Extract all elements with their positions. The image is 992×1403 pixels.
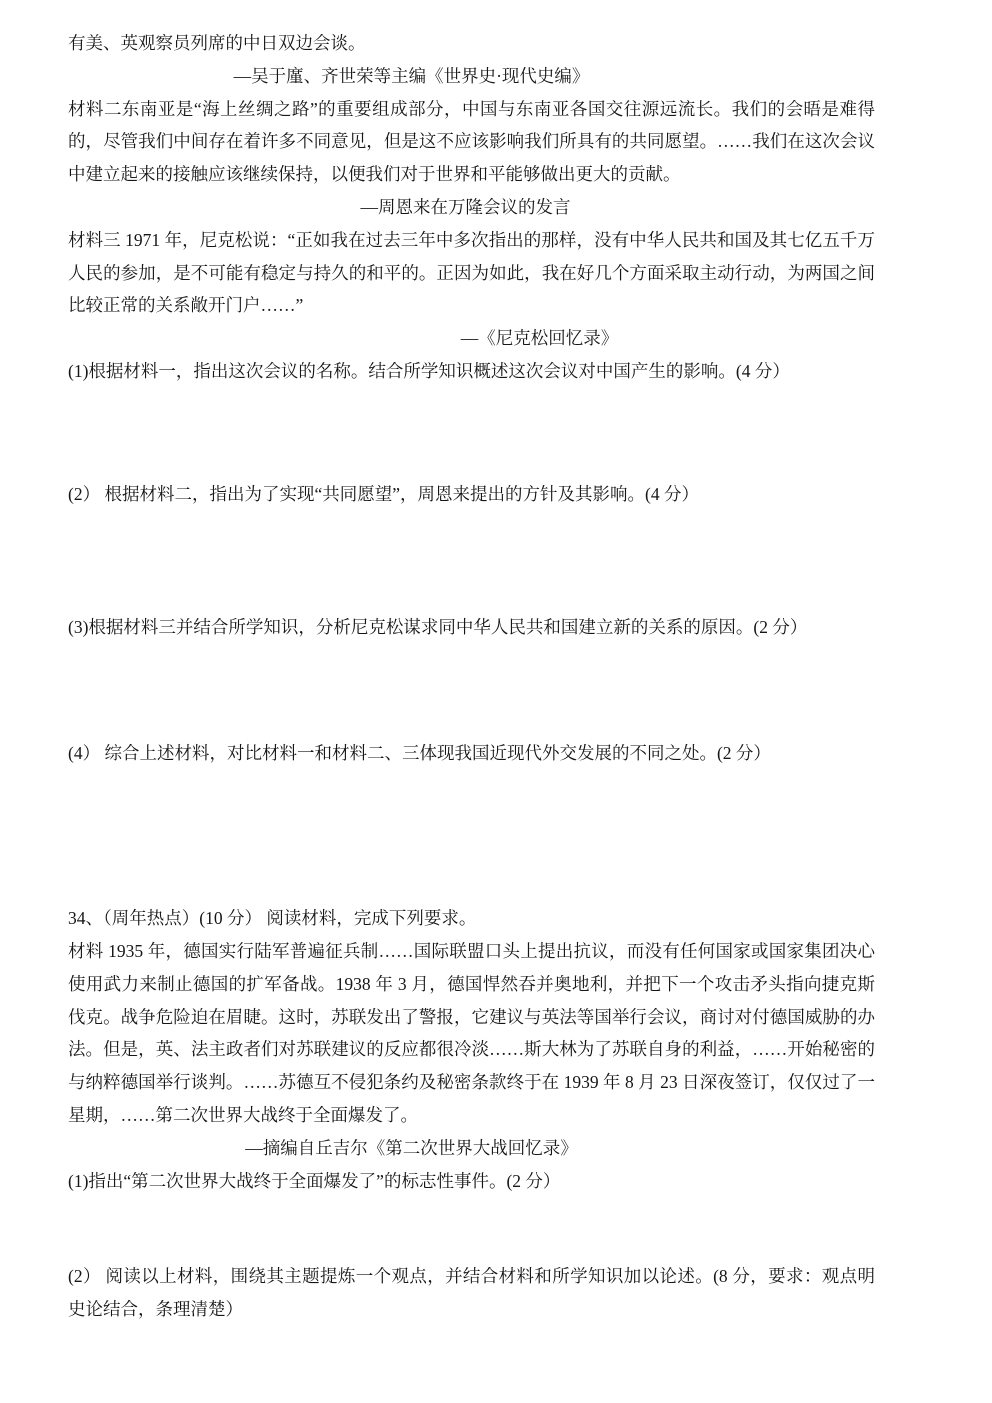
question-line: (2） 根据材料二，指出为了实现“共同愿望”，周恩来提出的方针及其影响。(4 分… bbox=[68, 478, 875, 511]
question-line: (2） 阅读以上材料，围绕其主题提炼一个观点，并结合材料和所学知识加以论述。(8… bbox=[68, 1260, 875, 1293]
answer-space bbox=[68, 511, 875, 611]
body-text-line: 使用武力来制止德国的扩军备战。1938 年 3 月，德国悍然吞并奥地利，并把下一… bbox=[68, 968, 875, 1001]
source-attribution: —吴于廑、齐世荣等主编《世界史·现代史编》 bbox=[8, 60, 815, 93]
source-attribution: —《尼克松回忆录》 bbox=[136, 322, 943, 355]
section-heading: 34、（周年热点）(10 分） 阅读材料，完成下列要求。 bbox=[68, 902, 875, 935]
question-line: (1)指出“第二次世界大战终于全面爆发了”的标志性事件。(2 分） bbox=[68, 1165, 875, 1198]
source-attribution: —摘编自丘吉尔《第二次世界大战回忆录》 bbox=[8, 1132, 815, 1165]
document-page: 有美、英观察员列席的中日双边会谈。 —吴于廑、齐世荣等主编《世界史·现代史编》 … bbox=[68, 27, 875, 1326]
question-line: 史论结合，条理清楚） bbox=[68, 1293, 875, 1326]
body-text-line: 中建立起来的接触应该继续保持，以便我们对于世界和平能够做出更大的贡献。 bbox=[68, 158, 875, 191]
answer-space bbox=[68, 1197, 875, 1260]
answer-space bbox=[68, 643, 875, 737]
body-text-line: 比较正常的关系敞开门户……” bbox=[68, 289, 875, 322]
body-text-line: 与纳粹德国举行谈判。……苏德互不侵犯条约及秘密条款终于在 1939 年 8 月 … bbox=[68, 1066, 875, 1099]
body-text-line: 星期，……第二次世界大战终于全面爆发了。 bbox=[68, 1099, 875, 1132]
source-attribution: —周恩来在万隆会议的发言 bbox=[62, 191, 869, 224]
body-text-line: 伐克。战争危险迫在眉睫。这时，苏联发出了警报，它建议与英法等国举行会议，商讨对付… bbox=[68, 1001, 875, 1034]
answer-space bbox=[68, 770, 875, 902]
question-line: (4） 综合上述材料，对比材料一和材料二、三体现我国近现代外交发展的不同之处。(… bbox=[68, 737, 875, 770]
question-line: (1)根据材料一，指出这次会议的名称。结合所学知识概述这次会议对中国产生的影响。… bbox=[68, 355, 875, 388]
question-line: (3)根据材料三并结合所学知识，分析尼克松谋求同中华人民共和国建立新的关系的原因… bbox=[68, 611, 875, 644]
body-text-line: 材料 1935 年，德国实行陆军普遍征兵制……国际联盟口头上提出抗议，而没有任何… bbox=[68, 935, 875, 968]
body-text-line: 的，尽管我们中间存在着许多不同意见，但是这不应该影响我们所具有的共同愿望。……我… bbox=[68, 125, 875, 158]
body-text-line: 材料三 1971 年，尼克松说：“正如我在过去三年中多次指出的那样，没有中华人民… bbox=[68, 224, 875, 257]
body-text-line: 法。但是，英、法主政者们对苏联建议的反应都很冷淡……斯大林为了苏联自身的利益，…… bbox=[68, 1033, 875, 1066]
answer-space bbox=[68, 388, 875, 478]
body-text-line: 材料二东南亚是“海上丝绸之路”的重要组成部分，中国与东南亚各国交往源远流长。我们… bbox=[68, 93, 875, 126]
body-text-line: 人民的参加，是不可能有稳定与持久的和平的。正因为如此，我在好几个方面采取主动行动… bbox=[68, 257, 875, 290]
body-text-line: 有美、英观察员列席的中日双边会谈。 bbox=[68, 27, 875, 60]
